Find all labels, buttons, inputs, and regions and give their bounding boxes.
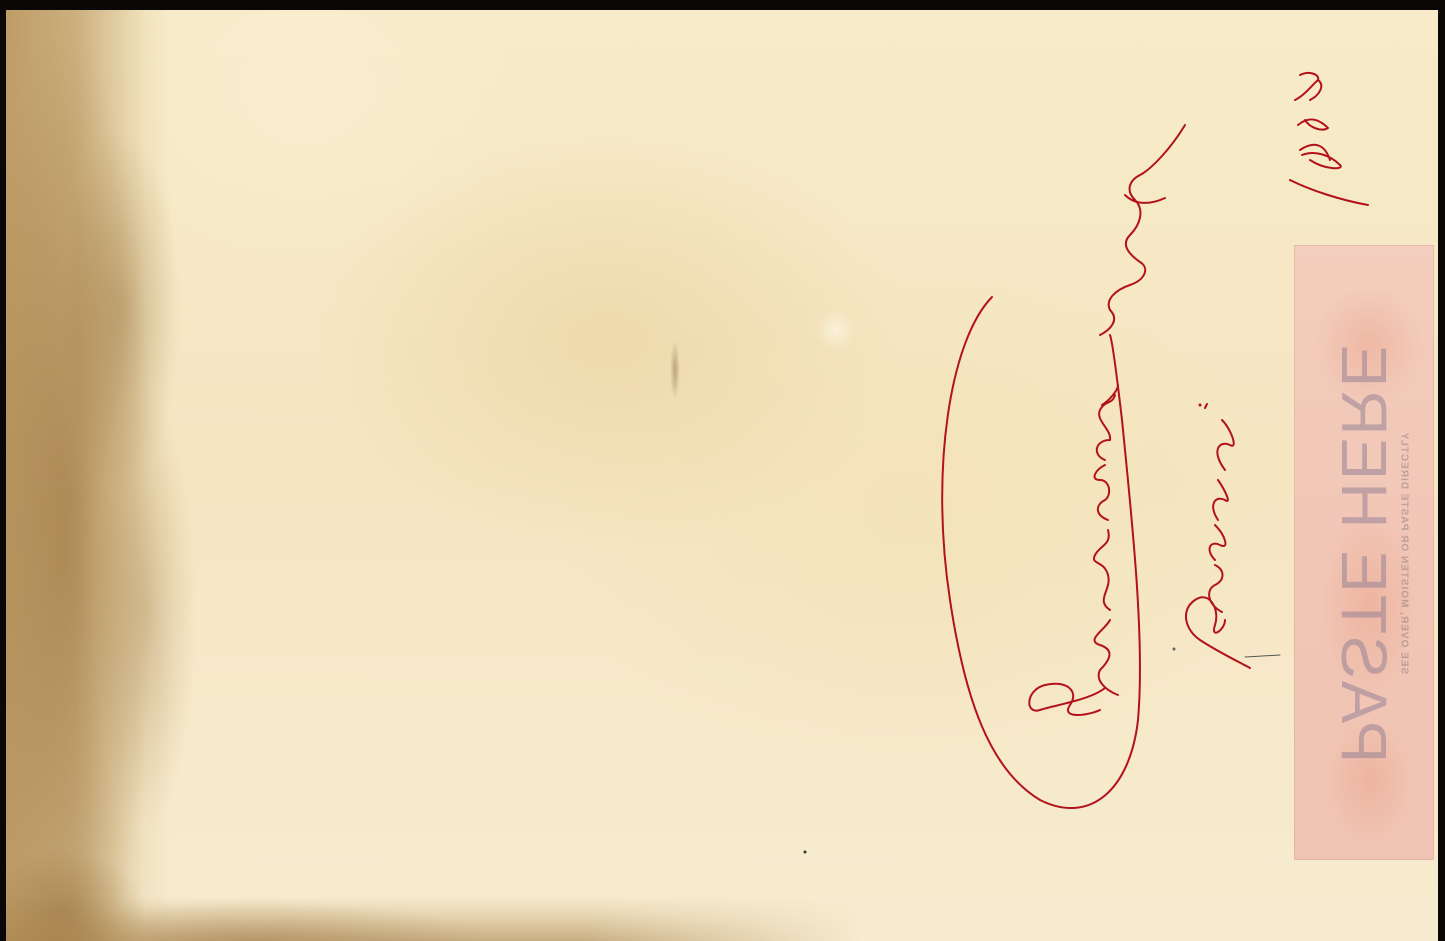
ink-berlin bbox=[1186, 404, 1250, 668]
ink-germany bbox=[1029, 395, 1118, 715]
ink-wall bbox=[1100, 125, 1185, 335]
handwriting-layer bbox=[0, 0, 1445, 941]
ink-ellipse bbox=[942, 297, 1140, 808]
ink-year bbox=[1290, 73, 1368, 205]
